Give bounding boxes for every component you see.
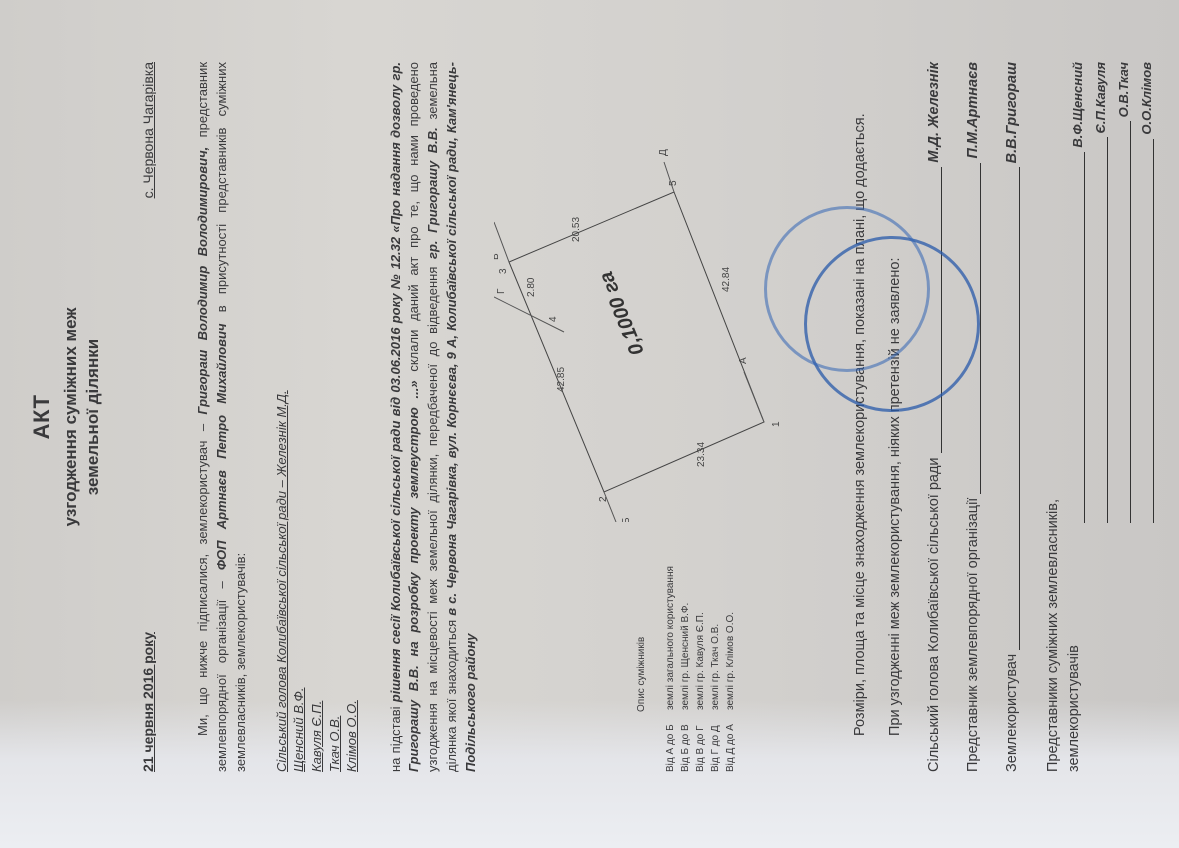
signature-line	[1153, 139, 1154, 523]
svg-text:Д: Д	[658, 149, 669, 156]
signature-row: ЗемлекористувачВ.В.Григораш	[1002, 62, 1023, 772]
doc-title: АКТ	[26, 62, 58, 772]
neighbor-segment: Від Б до В	[678, 710, 693, 772]
intro-paragraph: Ми, що нижче підписалися, землекористува…	[194, 62, 251, 772]
signature-line	[1084, 152, 1085, 523]
neighbor-owner: землі гр. Кавуля Є.П.	[695, 612, 706, 710]
commission-member: Кавуля Є.П.	[308, 62, 326, 772]
signatory-role: Землекористувач	[1002, 654, 1023, 772]
plan-section: Опис суміжників Від А до Бземлі загально…	[494, 62, 844, 772]
svg-text:0,1000 га: 0,1000 га	[595, 268, 648, 358]
neighbor-owner: землі гр. Щенсний В.Ф.	[680, 603, 691, 710]
neighbor-signature-row: О.В.Ткач	[1115, 62, 1134, 527]
neighbor-name: О.О.Клімов	[1138, 62, 1157, 135]
grantee: гр. Григорашу В.В.	[425, 127, 440, 259]
land-user-name: Григораш Володимир Володимирович,	[195, 147, 210, 415]
org-stamp-icon	[764, 206, 930, 372]
svg-text:2.80: 2.80	[526, 277, 537, 297]
svg-text:20.53: 20.53	[571, 217, 582, 242]
signature-line	[1107, 137, 1108, 523]
date-place-row: 21 червня 2016 року с. Червона Чагарівка	[138, 62, 158, 772]
neighbor-signature-row: В.Ф.Щенсний	[1069, 62, 1088, 527]
neighbor-segment: Від Г до Д	[708, 710, 723, 772]
commission-member: Клімов О.О.	[343, 62, 361, 772]
neighbor-owner: землі загального користування	[665, 566, 676, 710]
signatory-name: П.М.Артнаєв	[963, 62, 984, 159]
commission-list: Сільський голова Колибаївської сільської…	[273, 62, 361, 772]
signature-line	[980, 163, 981, 494]
neighbor-signature-row: Є.П.Кавуля	[1092, 62, 1111, 527]
svg-text:42.85: 42.85	[556, 367, 567, 392]
svg-text:5: 5	[668, 180, 679, 186]
neighbor-row: Від В до Гземлі гр. Кавуля Є.П.	[693, 566, 708, 772]
neighbor-name: О.В.Ткач	[1115, 62, 1134, 117]
neighbor-name: Є.П.Кавуля	[1092, 62, 1111, 133]
signatory-name: В.В.Григораш	[1002, 62, 1023, 163]
svg-text:2: 2	[598, 496, 609, 502]
doc-date: 21 червня 2016 року	[138, 632, 158, 772]
signature-line	[1130, 121, 1131, 523]
neighbor-segment: Від Д до А	[723, 710, 738, 772]
neighbor-row: Від Б до Вземлі гр. Щенсний В.Ф.	[678, 566, 693, 772]
commission-member: Сільський голова Колибаївської сільської…	[273, 62, 291, 772]
neighbors-title: Опис суміжників	[634, 566, 649, 712]
commission-member: Щенсний В.Ф.	[290, 62, 308, 772]
neighbor-owner: землі гр. Ткач О.В.	[710, 624, 721, 710]
neighbor-segment: Від А до Б	[663, 710, 678, 772]
doc-subtitle: узгодження суміжних меж земельної ділянк…	[60, 62, 104, 772]
subtitle-line-1: узгодження суміжних меж	[60, 62, 82, 772]
signature-row: Представник землевпорядної організаціїП.…	[963, 62, 984, 772]
svg-text:42.84: 42.84	[721, 267, 732, 292]
neighbor-row: Від А до Бземлі загального користування	[663, 566, 678, 772]
neighbors-signatures-block: Представники суміжних землевласників, зе…	[1043, 62, 1156, 772]
result-paragraph: Розміри, площа та місце знаходження земл…	[850, 62, 871, 772]
svg-text:Б: Б	[621, 517, 632, 522]
signatory-role: Представник землевпорядної організації	[963, 498, 984, 772]
basis-text: на підставі	[388, 702, 403, 772]
basis-paragraph: на підставі рішення сесії Колибаївської …	[387, 62, 481, 772]
neighbors-description: Опис суміжників Від А до Бземлі загально…	[634, 566, 738, 772]
svg-text:3: 3	[498, 268, 509, 274]
signatory-role: Сільський голова Колибаївської сільської…	[924, 457, 945, 772]
signatory-name: М.Д. Железнік	[924, 62, 945, 163]
neighbor-name: В.Ф.Щенсний	[1069, 62, 1088, 148]
signature-line	[1019, 167, 1020, 649]
svg-text:В: В	[494, 253, 501, 260]
svg-text:А: А	[738, 357, 749, 364]
intro-text-1: Ми, що нижче підписалися, землекористува…	[195, 415, 210, 736]
no-claims-statement: При узгодженні меж землекористування, ні…	[885, 62, 906, 772]
svg-text:1: 1	[771, 421, 782, 427]
commission-member: Ткач О.В.	[326, 62, 344, 772]
subtitle-line-2: земельної ділянки	[82, 62, 104, 772]
document-page: АКТ узгодження суміжних меж земельної ді…	[4, 22, 1174, 842]
neighbor-segment: Від В до Г	[693, 710, 708, 772]
neighbors-sign-label: Представники суміжних землевласників,	[1043, 62, 1064, 772]
svg-text:23.34: 23.34	[696, 442, 707, 467]
svg-text:4: 4	[548, 316, 559, 322]
neighbor-row: Від Д до Аземлі гр. Клімов О.О.	[723, 566, 738, 772]
neighbor-owner: землі гр. Клімов О.О.	[725, 612, 736, 710]
svg-text:Г: Г	[496, 288, 507, 294]
signature-row: Сільський голова Колибаївської сільської…	[924, 62, 945, 772]
org-name: ФОП Артнаєв Петро Михайлович	[214, 323, 229, 570]
doc-village: с. Червона Чагарівка	[138, 62, 158, 198]
neighbor-row: Від Г до Дземлі гр. Ткач О.В.	[708, 566, 723, 772]
neighbor-signature-row: О.О.Клімов	[1138, 62, 1157, 527]
